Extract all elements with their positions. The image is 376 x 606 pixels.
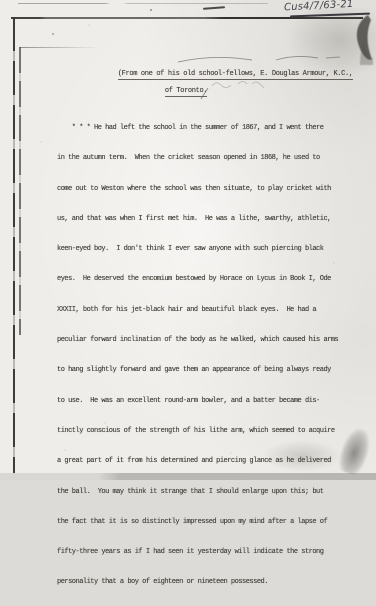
body-line: us, and that was when I first met him. H… [57,212,349,226]
body-line: peculiar forward inclination of the body… [57,333,349,347]
body-line: in the autumn term. When the cricket sea… [57,151,349,165]
photo-top-faint-line [18,3,268,4]
page-inner-top-border [20,47,100,48]
body-line: a great part of it from his determined a… [57,454,349,468]
body-line: come out to Weston where the school was … [57,182,349,196]
body-line: * * * He had left the school in the summ… [57,121,349,135]
document-heading-line2: of Toronto. [150,79,207,103]
document-heading-line1: (From one of his old school-fellows, E. … [103,62,353,86]
body-line: eyes. He deserved the encomium bestowed … [57,272,349,286]
document-body: * * * He had left the school in the summ… [57,105,349,480]
body-line: XXXII, both for his jet-black hair and b… [57,303,349,317]
body-line: to use. He was an excellent round-arm bo… [57,394,349,408]
body-line: to hang slightly forward and gave them a… [57,363,349,377]
document-heading-line2-text: of Toronto. [165,87,207,97]
scanned-document-photo: Cus4/7/63-21 (From one of his old school… [0,0,376,480]
corner-ink-blob [334,13,374,65]
corner-ink-blob-shape [334,13,374,65]
page-inner-left-border [19,47,21,335]
body-line: keen-eyed boy. I don't think I ever saw … [57,242,349,256]
body-line: tinctly conscious of the strength of his… [57,424,349,438]
paper-specks [0,0,2,2]
photo-left-edge-line [13,17,15,473]
photo-top-dash-mark [203,6,225,10]
